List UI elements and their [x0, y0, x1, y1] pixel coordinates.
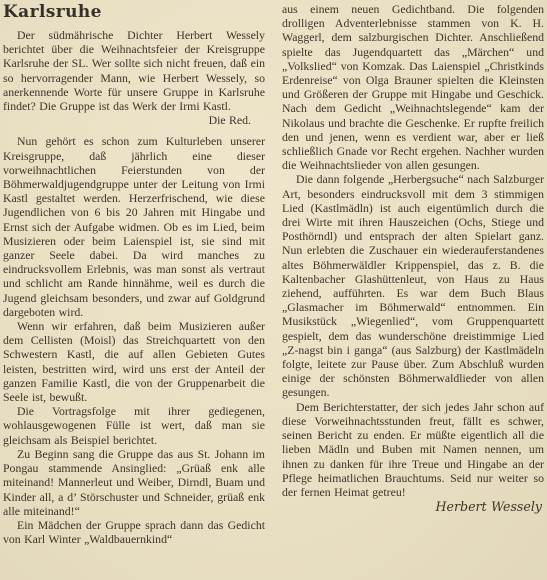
article-title: Karlsruhe [3, 2, 265, 22]
paragraph-waldbauernkind: Ein Mädchen der Gruppe sprach dann das G… [3, 518, 265, 546]
paragraph-gedichtband-continuation: aus einem neuen Gedichtband. Die folgend… [282, 2, 544, 172]
paragraph-ansinglied: Zu Beginn sang die Gruppe das aus St. Jo… [3, 447, 265, 518]
paragraph-herbergsuche: Die dann folgende „Herbergsuche“ nach Sa… [282, 172, 544, 399]
newspaper-clipping: Karlsruhe Der südmährische Dichter Herbe… [0, 0, 547, 580]
paragraph-vortragsfolge: Die Vortragsfolge mit ihrer gediegenen, … [3, 404, 265, 447]
paragraph-kulturleben: Nun gehört es schon zum Kulturleben unse… [3, 134, 265, 319]
editorial-byline: Die Red. [3, 113, 265, 127]
paragraph-intro: Der südmährische Dichter Herbert Wessely… [3, 28, 265, 113]
paragraph-streichquartett: Wenn wir erfahren, daß beim Musizieren a… [3, 319, 265, 404]
column-left: Karlsruhe Der südmährische Dichter Herbe… [3, 2, 265, 580]
author-signature: Herbert Wessely [282, 500, 544, 514]
paragraph-berichterstatter: Dem Berichterstatter, der sich jedes Jah… [282, 400, 544, 499]
column-right: aus einem neuen Gedichtband. Die folgend… [282, 2, 544, 580]
